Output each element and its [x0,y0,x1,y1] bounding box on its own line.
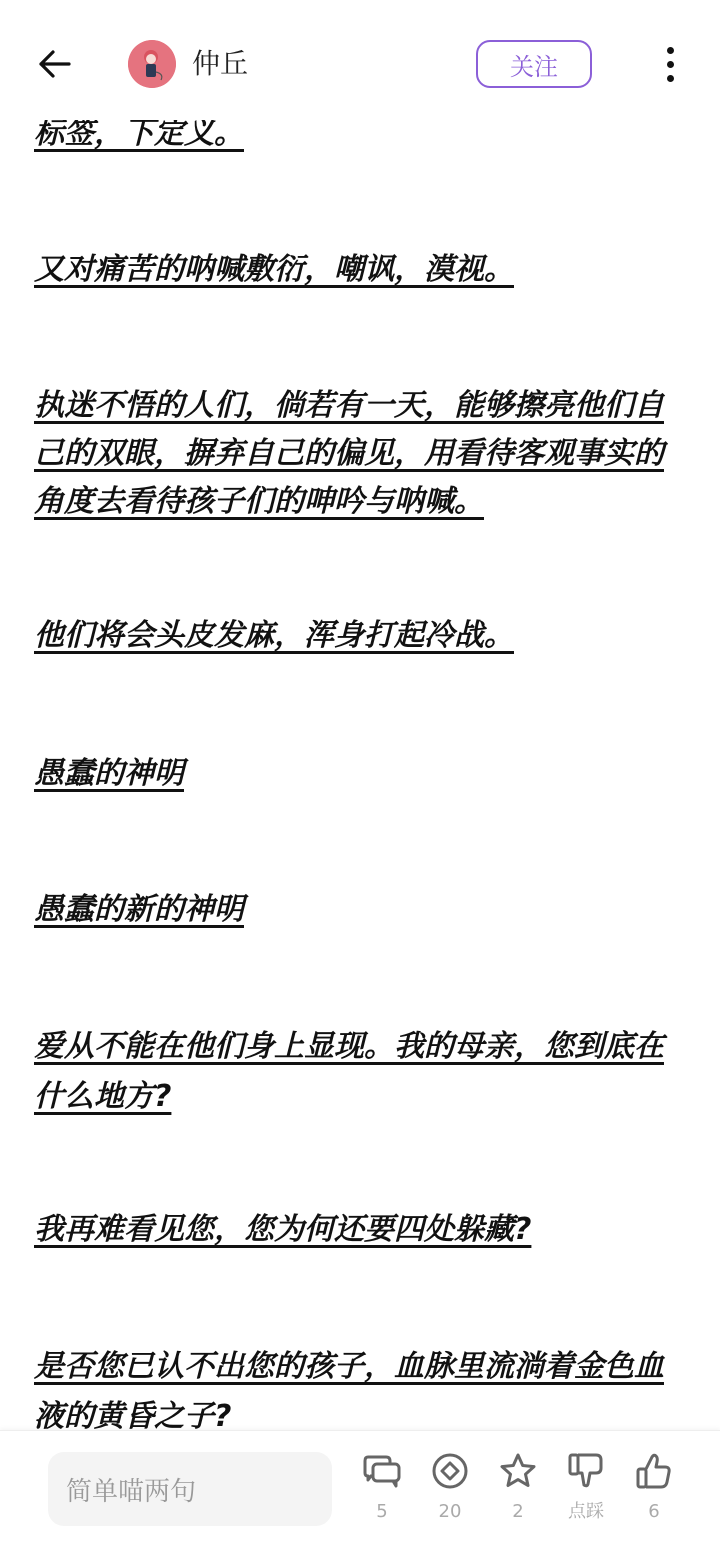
comment-count: 5 [376,1501,387,1523]
avatar-illustration-icon [128,40,176,88]
article-content: 标签，下定义。 又对痛苦的呐喊敷衍，嘲讽，漠视。 执迷不悟的人们，倘若有一天，能… [0,0,720,1430]
back-button[interactable] [34,44,74,84]
comment-icon [362,1451,402,1491]
paragraph: 我再难看见您，您为何还要四处躲藏? [34,1206,684,1254]
coin-count: 20 [439,1501,462,1523]
arrow-left-icon [37,49,71,79]
more-dot-icon [667,47,674,54]
paragraph: 愚蠢的神明 [34,750,684,798]
comment-placeholder: 简单喵两句 [66,1471,196,1508]
paragraph: 又对痛苦的呐喊敷衍，嘲讽，漠视。 [34,246,684,294]
follow-button[interactable]: 关注 [476,40,592,88]
author-name[interactable]: 仲丘 [192,44,248,84]
bottom-action-bar: 简单喵两句 5 20 2 点踩 6 [0,1430,720,1544]
paragraph: 愚蠢的新的神明 [34,886,684,934]
more-dot-icon [667,61,674,68]
paragraph: 是否您已认不出您的孩子，血脉里流淌着金色血液的黄昏之子? [34,1342,684,1430]
favorite-button[interactable]: 2 [486,1451,550,1531]
like-button[interactable]: 6 [622,1451,686,1531]
dislike-button[interactable]: 点踩 [554,1451,618,1531]
paragraph: 执迷不悟的人们，倘若有一天，能够擦亮他们自己的双眼，摒弃自己的偏见，用看待客观事… [34,382,684,526]
top-bar: 仲丘 关注 [0,0,720,120]
favorite-count: 2 [512,1501,523,1523]
like-count: 6 [648,1501,659,1523]
star-icon [498,1451,538,1491]
avatar[interactable] [128,40,176,88]
thumbs-down-icon [566,1451,606,1491]
paragraph: 爱从不能在他们身上显现。我的母亲，您到底在什么地方? [34,1022,684,1122]
comment-button[interactable]: 5 [350,1451,414,1531]
comment-input[interactable]: 简单喵两句 [48,1452,332,1526]
more-dot-icon [667,75,674,82]
thumbs-up-icon [634,1451,674,1491]
coin-button[interactable]: 20 [418,1451,482,1531]
paragraph: 他们将会头皮发麻，浑身打起冷战。 [34,612,684,660]
coin-icon [430,1451,470,1491]
more-options-button[interactable] [652,44,688,84]
dislike-label: 点踩 [568,1501,604,1523]
